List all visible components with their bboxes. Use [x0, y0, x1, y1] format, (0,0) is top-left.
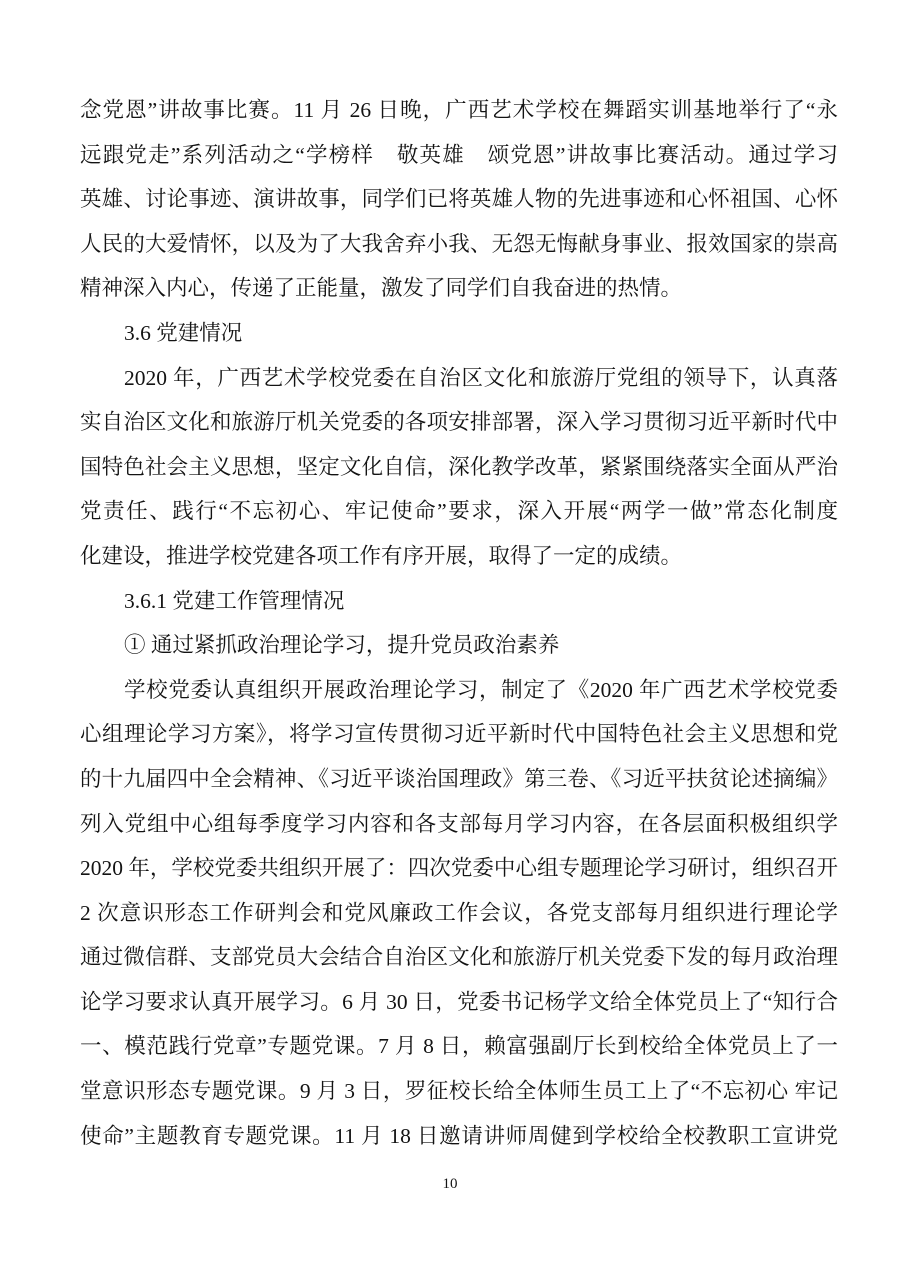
- text-line: 的十九届四中全会精神、《习近平谈治国理政》第三卷、《习近平扶贫论述摘编》: [80, 757, 838, 802]
- text-line: 心组理论学习方案》，将学习宣传贯彻习近平新时代中国特色社会主义思想和党: [80, 712, 838, 757]
- text-line: 3.6 党建情况: [80, 311, 838, 356]
- heading-3-6: 3.6 党建情况: [80, 311, 838, 356]
- paragraph-theory-study: 学校党委认真组织开展政治理论学习，制定了《2020 年广西艺术学校党委中心组理论…: [80, 668, 838, 1159]
- text-line: 列入党组中心组每季度学习内容和各支部每月学习内容，在各层面积极组织学习。: [80, 802, 838, 847]
- text-line: 使命”主题教育专题党课。11 月 18 日邀请讲师周健到学校给全校教职工宣讲党: [80, 1114, 838, 1159]
- text-line: 3.6.1 党建工作管理情况: [80, 579, 838, 624]
- text-line: 国特色社会主义思想，坚定文化自信，深化教学改革，紧紧围绕落实全面从严治: [80, 445, 838, 490]
- text-line: 堂意识形态专题党课。9 月 3 日，罗征校长给全体师生员工上了“不忘初心 牢记: [80, 1069, 838, 1114]
- text-line: 学校党委认真组织开展政治理论学习，制定了《2020 年广西艺术学校党委中: [80, 668, 838, 713]
- text-line: 远跟党走”系列活动之“学榜样 敬英雄 颂党恩”讲故事比赛活动。通过学习: [80, 133, 838, 178]
- text-line: ① 通过紧抓政治理论学习，提升党员政治素养: [80, 623, 838, 668]
- text-line: 人民的大爱情怀，以及为了大我舍弃小我、无怨无悔献身事业、报效国家的崇高: [80, 222, 838, 267]
- heading-3-6-1: 3.6.1 党建工作管理情况: [80, 579, 838, 624]
- text-line: 精神深入内心，传递了正能量，激发了同学们自我奋进的热情。: [80, 266, 838, 311]
- text-line: 论学习要求认真开展学习。6 月 30 日，党委书记杨学文给全体党员上了“知行合: [80, 980, 838, 1025]
- text-line: 英雄、讨论事迹、演讲故事，同学们已将英雄人物的先进事迹和心怀祖国、心怀: [80, 177, 838, 222]
- text-line: 党责任、践行“不忘初心、牢记使命”要求，深入开展“两学一做”常态化制度: [80, 489, 838, 534]
- paragraph-story-contest: 念党恩”讲故事比赛。11 月 26 日晚，广西艺术学校在舞蹈实训基地举行了“永远…: [80, 88, 838, 311]
- text-line: 2 次意识形态工作研判会和党风廉政工作会议，各党支部每月组织进行理论学习，: [80, 891, 838, 936]
- paragraph-party-overview: 2020 年，广西艺术学校党委在自治区文化和旅游厅党组的领导下，认真落实自治区文…: [80, 356, 838, 579]
- document-page: 念党恩”讲故事比赛。11 月 26 日晚，广西艺术学校在舞蹈实训基地举行了“永远…: [0, 0, 900, 1273]
- heading-item-circled-1: ① 通过紧抓政治理论学习，提升党员政治素养: [80, 623, 838, 668]
- text-line: 2020 年，广西艺术学校党委在自治区文化和旅游厅党组的领导下，认真落: [80, 356, 838, 401]
- text-line: 通过微信群、支部党员大会结合自治区文化和旅游厅机关党委下发的每月政治理: [80, 935, 838, 980]
- page-number: 10: [0, 1176, 900, 1193]
- text-line: 一、模范践行党章”专题党课。7 月 8 日，赖富强副厅长到校给全体党员上了一: [80, 1024, 838, 1069]
- text-line: 化建设，推进学校党建各项工作有序开展，取得了一定的成绩。: [80, 534, 838, 579]
- text-line: 2020 年，学校党委共组织开展了：四次党委中心组专题理论学习研讨，组织召开: [80, 846, 838, 891]
- text-line: 念党恩”讲故事比赛。11 月 26 日晚，广西艺术学校在舞蹈实训基地举行了“永: [80, 88, 838, 133]
- document-content: 念党恩”讲故事比赛。11 月 26 日晚，广西艺术学校在舞蹈实训基地举行了“永远…: [80, 88, 838, 1158]
- text-line: 实自治区文化和旅游厅机关党委的各项安排部署，深入学习贯彻习近平新时代中: [80, 400, 838, 445]
